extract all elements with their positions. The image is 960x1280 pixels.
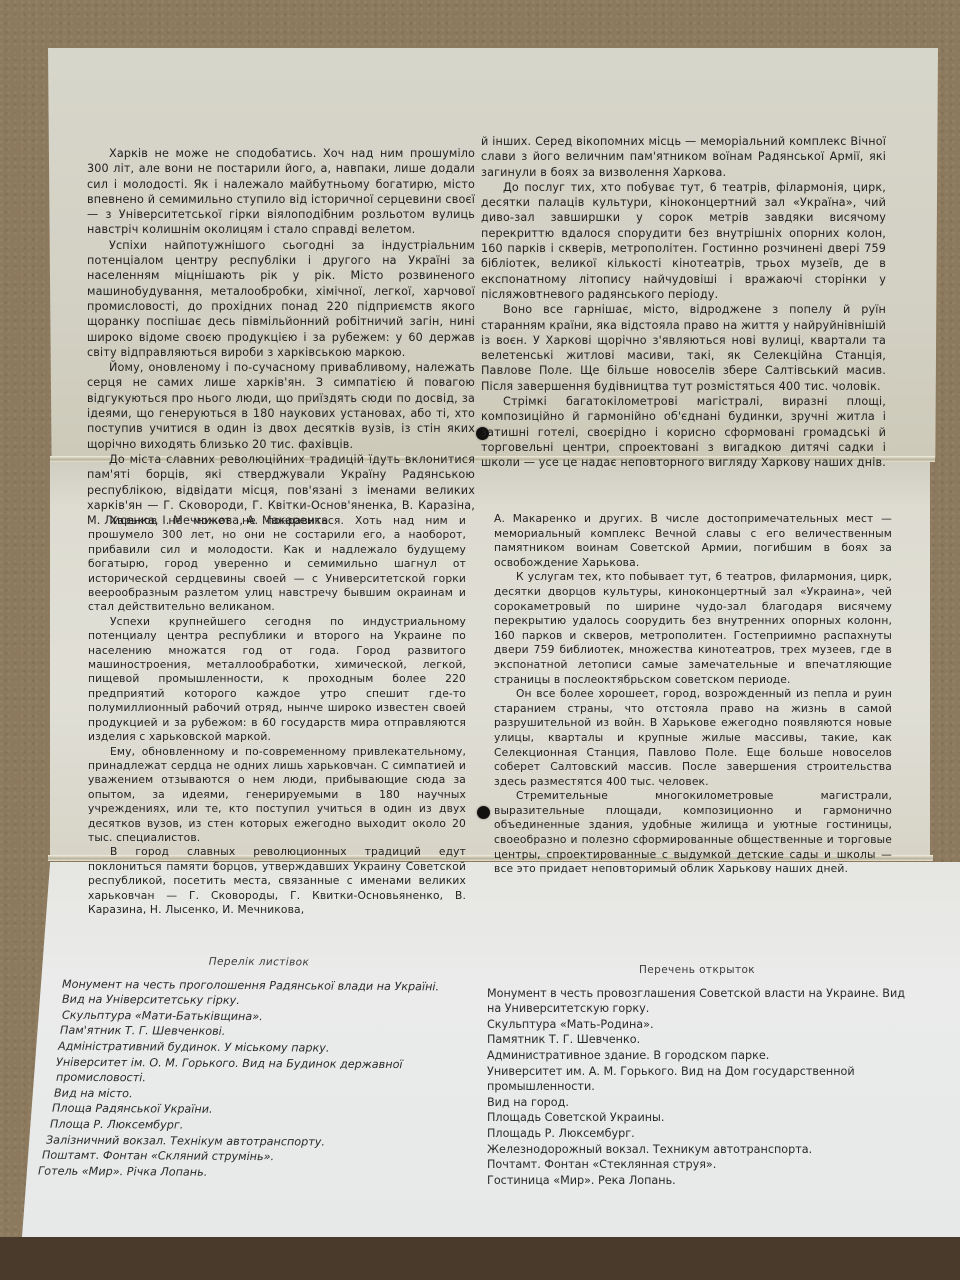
list-item: Административное здание. В городском пар… [487, 1048, 907, 1064]
paragraph: Успіхи найпотужнішого сьогодні за індуст… [87, 238, 475, 360]
paragraph: Харьков не может не понравиться. Хоть на… [88, 514, 466, 615]
list-title: Перелік листівок [24, 953, 464, 972]
paragraph: Йому, оновленому і по-сучасному привабли… [87, 360, 475, 452]
ukrainian-text-right-column: й інших. Серед вікопомних місць — меморі… [481, 134, 886, 471]
postcard-list-russian: Перечень открыток Монумент в честь прово… [487, 963, 907, 1188]
list-item: Готель «Мир». Річка Лопань. [24, 1163, 464, 1182]
list-item: Скульптура «Мать-Родина». [487, 1017, 907, 1033]
list-item: Гостиница «Мир». Река Лопань. [487, 1173, 907, 1189]
paragraph: Воно все гарнішає, місто, відроджене з п… [481, 302, 886, 394]
list-item: Площадь Советской Украины. [487, 1110, 907, 1126]
list-item: Університет ім. О. М. Горького. Вид на Б… [24, 1054, 464, 1088]
list-title: Перечень открыток [487, 963, 907, 979]
table-surface [0, 1237, 960, 1280]
list-item: Монумент на честь проголошення Радянсько… [24, 976, 464, 1010]
punch-hole [477, 806, 490, 819]
postcard-list-ukrainian: Перелік листівок Монумент на честь прого… [24, 953, 464, 1181]
list-item: Железнодорожный вокзал. Техникум автотра… [487, 1142, 907, 1158]
paragraph: А. Макаренко и других. В числе достоприм… [494, 512, 892, 570]
paragraph: Харків не може не сподобатись. Хоч над н… [87, 146, 475, 238]
paragraph: Успехи крупнейшего сегодня по индустриал… [88, 615, 466, 745]
paragraph: До послуг тих, хто побуває тут, 6 театрі… [481, 180, 886, 302]
paragraph: Ему, обновленному и по-современному прив… [88, 745, 466, 846]
list-item: Площадь Р. Люксембург. [487, 1126, 907, 1142]
paragraph: К услугам тех, кто побывает тут, 6 театр… [494, 570, 892, 687]
ukrainian-text-left-column: Харків не може не сподобатись. Хоч над н… [87, 146, 475, 528]
list-item: Вид на город. [487, 1095, 907, 1111]
paragraph: й інших. Серед вікопомних місць — меморі… [481, 134, 886, 180]
list-item: Памятник Т. Г. Шевченко. [487, 1032, 907, 1048]
russian-text-left-column: Харьков не может не понравиться. Хоть на… [88, 514, 466, 917]
paragraph: Стрімкі багатокілометрові магістралі, ви… [481, 394, 886, 470]
list-item: Университет им. А. М. Горького. Вид на Д… [487, 1064, 907, 1095]
paragraph: В город славных революционных традиций е… [88, 845, 466, 917]
list-item: Монумент в честь провозглашения Советско… [487, 986, 907, 1017]
russian-text-right-column: А. Макаренко и других. В числе достоприм… [494, 512, 892, 877]
paragraph: Он все более хорошеет, город, возрожденн… [494, 687, 892, 789]
paragraph: Стремительные многокилометровые магистра… [494, 789, 892, 877]
list-item: Почтамт. Фонтан «Стеклянная струя». [487, 1157, 907, 1173]
